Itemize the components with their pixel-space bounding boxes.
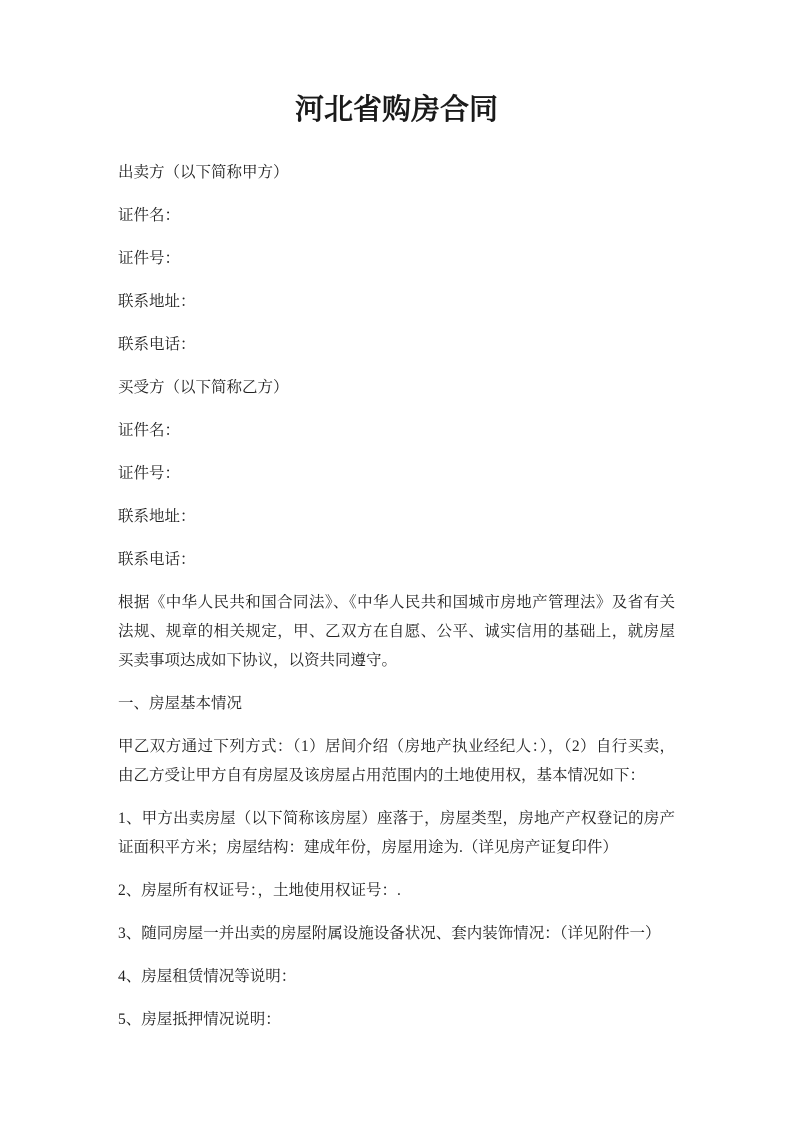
party-b-id-name-label: 证件名： xyxy=(118,416,675,445)
document-title: 河北省购房合同 xyxy=(118,92,675,128)
party-a-id-number-label: 证件号： xyxy=(118,244,675,273)
section-1-intro: 甲乙双方通过下列方式：（1）居间介绍（房地产执业经纪人：），（2）自行买卖，由乙… xyxy=(118,732,675,790)
section-1-item-4: 4、房屋租赁情况等说明： xyxy=(118,962,675,991)
party-a-heading: 出卖方（以下简称甲方） xyxy=(118,158,675,187)
section-1-item-3: 3、随同房屋一并出卖的房屋附属设施设备状况、套内装饰情况：（详见附件一） xyxy=(118,919,675,948)
section-1-heading: 一、房屋基本情况 xyxy=(118,689,675,718)
party-a-phone-label: 联系电话： xyxy=(118,330,675,359)
party-b-id-number-label: 证件号： xyxy=(118,459,675,488)
party-b-phone-label: 联系电话： xyxy=(118,545,675,574)
preamble-paragraph: 根据《中华人民共和国合同法》、《中华人民共和国城市房地产管理法》及省有关法规、规… xyxy=(118,588,675,675)
section-1-item-2: 2、房屋所有权证号：，土地使用权证号：. xyxy=(118,876,675,905)
section-1-item-5: 5、房屋抵押情况说明： xyxy=(118,1005,675,1034)
section-1-item-1: 1、甲方出卖房屋（以下简称该房屋）座落于，房屋类型，房地产产权登记的房产证面积平… xyxy=(118,804,675,862)
contract-document-page: 河北省购房合同 出卖方（以下简称甲方） 证件名： 证件号： 联系地址： 联系电话… xyxy=(0,0,793,1122)
party-a-id-name-label: 证件名： xyxy=(118,201,675,230)
party-b-address-label: 联系地址： xyxy=(118,502,675,531)
party-a-address-label: 联系地址： xyxy=(118,287,675,316)
party-b-heading: 买受方（以下简称乙方） xyxy=(118,373,675,402)
